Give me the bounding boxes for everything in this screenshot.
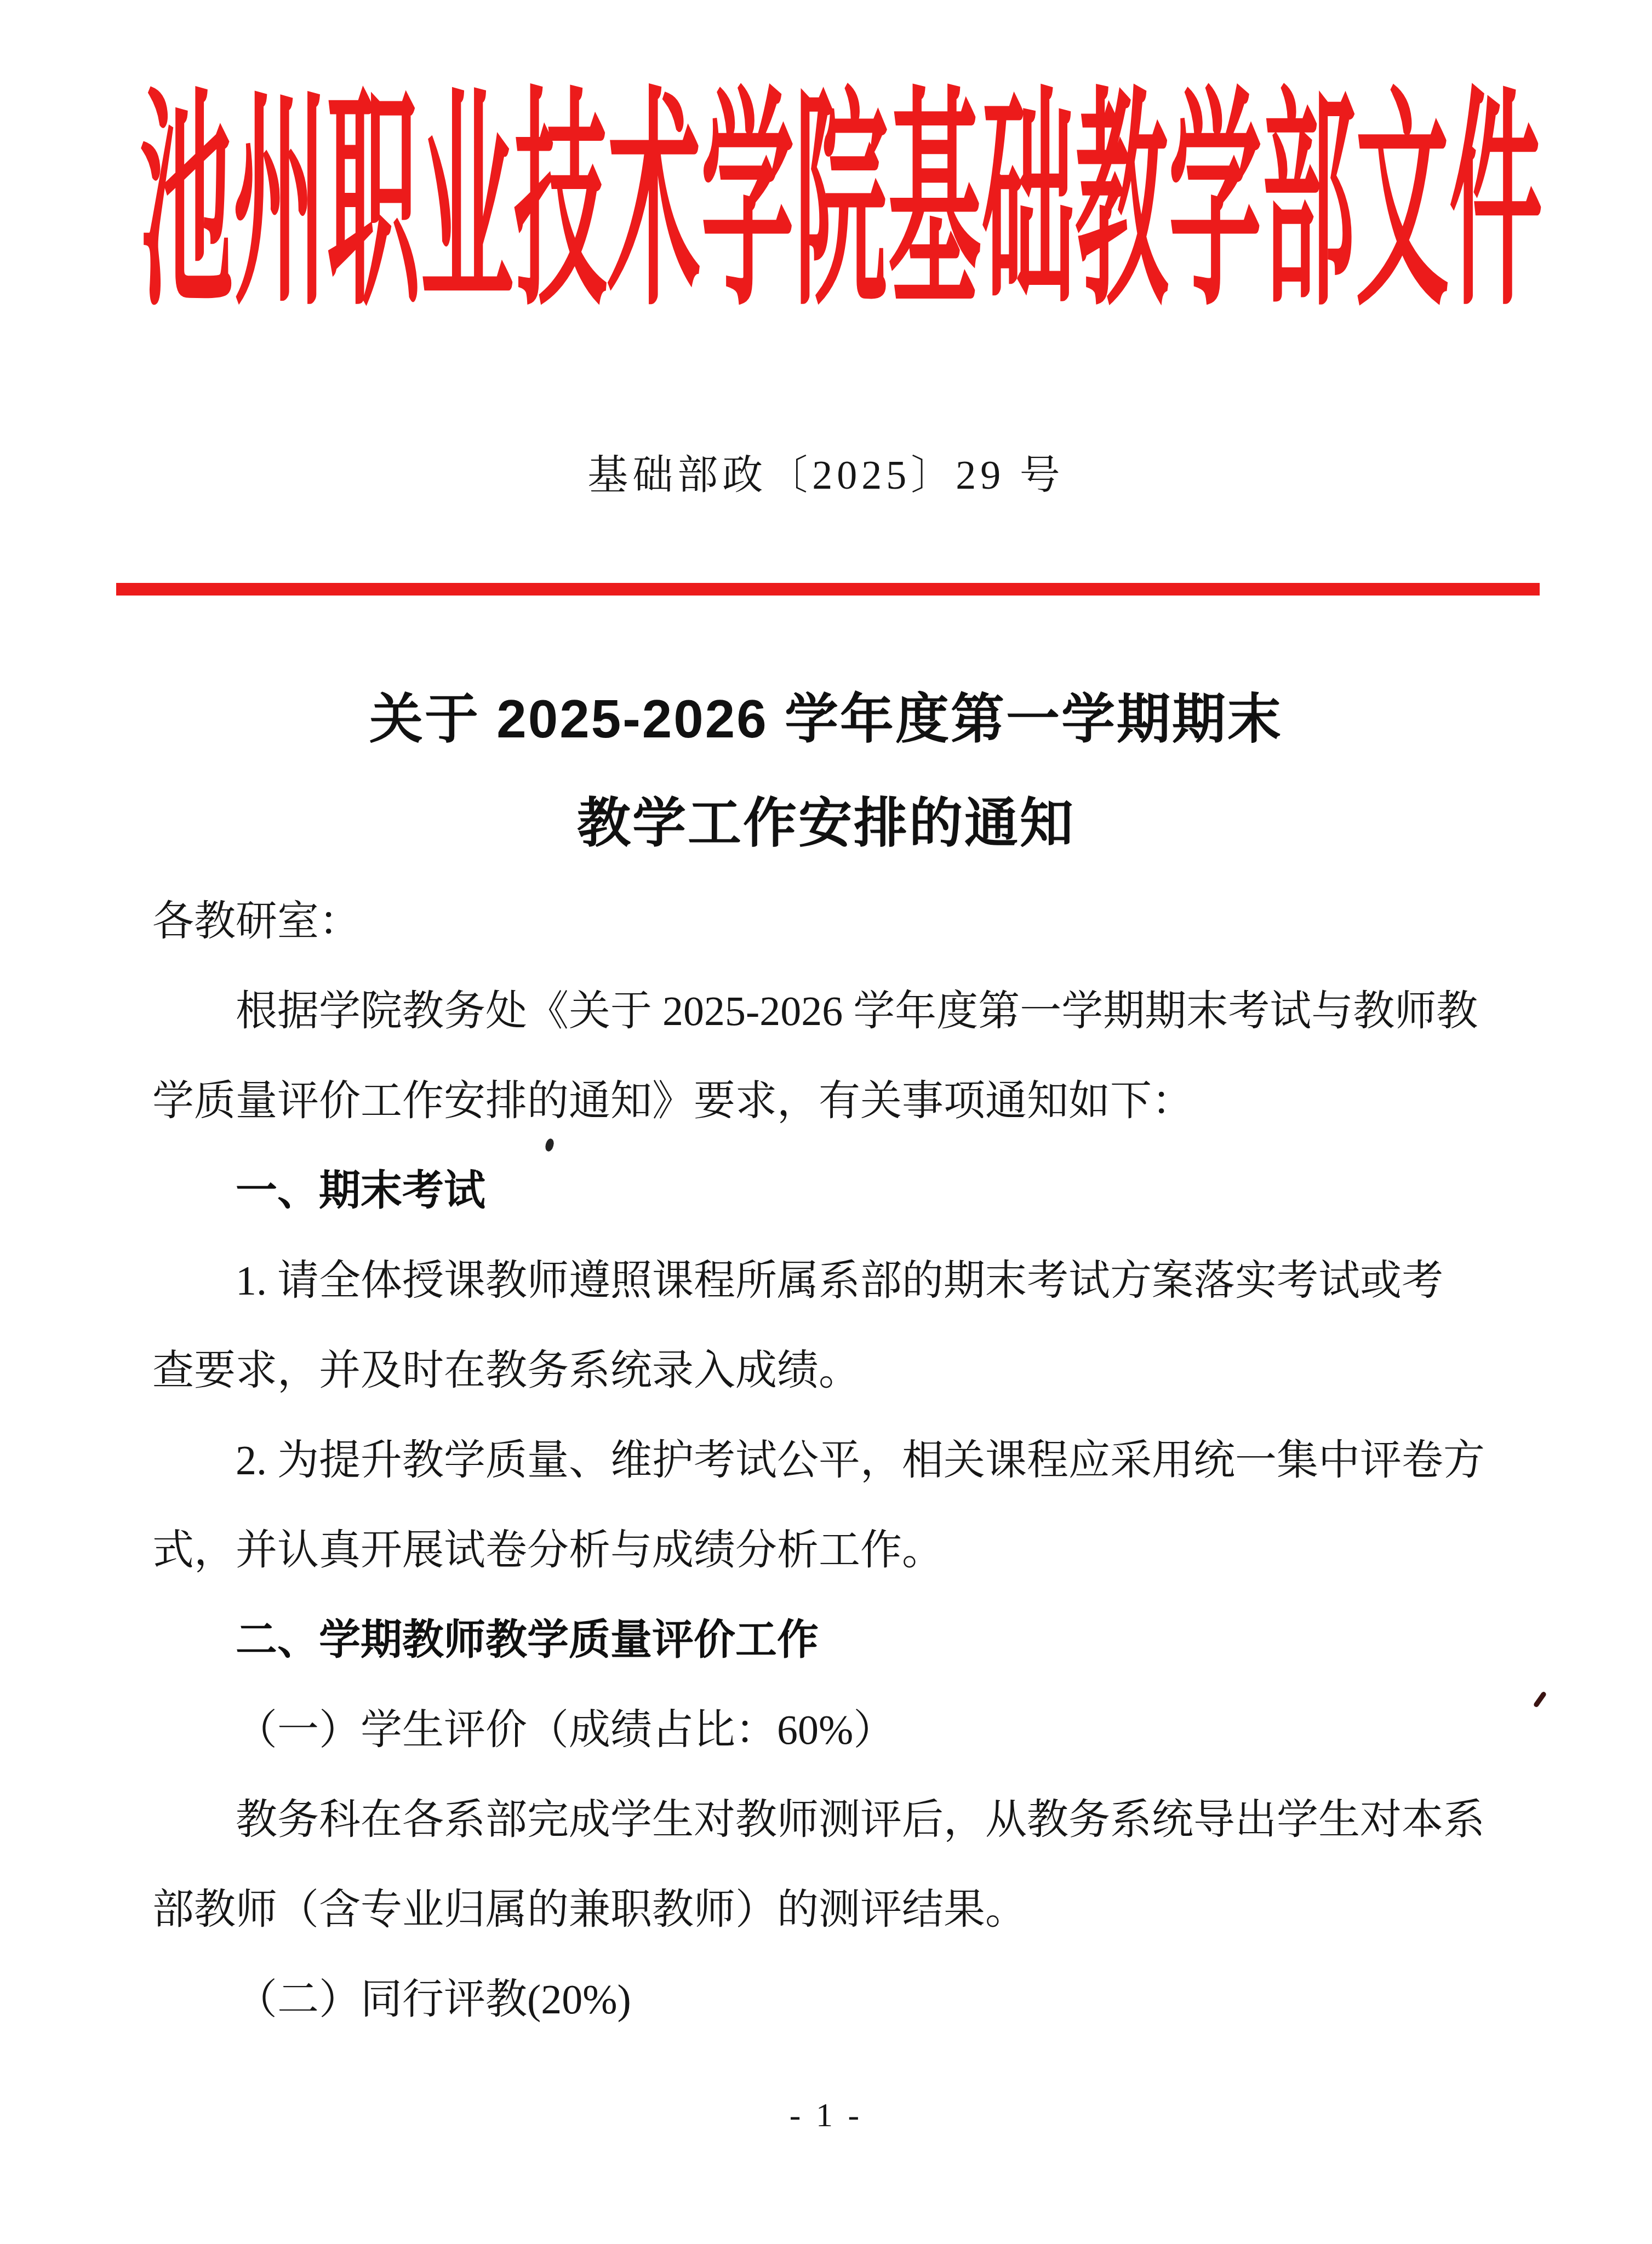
letterhead-character: 部: [1262, 87, 1355, 322]
letterhead-character: 件: [1449, 87, 1542, 322]
body-line: 学质量评价工作安排的通知》要求，有关事项通知如下：: [152, 1056, 1528, 1146]
body-line: 根据学院教务处《关于 2025-2026 学年度第一学期期末考试与教师教: [152, 966, 1528, 1056]
letterhead-character: 术: [608, 87, 701, 322]
red-letterhead-title: 池州职业技术学院基础教学部文件: [140, 87, 1542, 328]
letterhead-character: 础: [981, 87, 1074, 322]
letterhead-character: 学: [701, 87, 794, 322]
page-number: - 1 -: [0, 2096, 1652, 2135]
body-section-heading: 二、学期教师教学质量评价工作: [152, 1595, 1528, 1685]
body-line: 式，并认真开展试卷分析与成绩分析工作。: [152, 1505, 1528, 1595]
notice-title-line2: 教学工作安排的通知: [0, 771, 1652, 875]
document-page: 池州职业技术学院基础教学部文件 基础部政〔2025〕29 号 关于 2025-2…: [0, 0, 1652, 2244]
scan-artifact-tick: [1533, 1691, 1547, 1708]
body-line: 查要求，并及时在教务系统录入成绩。: [152, 1326, 1528, 1416]
body-line: 各教研室：: [152, 877, 1528, 966]
notice-title-line1: 关于 2025-2026 学年度第一学期期末: [0, 667, 1652, 771]
red-divider-line: [116, 583, 1540, 596]
letterhead-character: 院: [794, 87, 888, 322]
body-line: 2. 为提升教学质量、维护考试公平，相关课程应采用统一集中评卷方: [152, 1416, 1528, 1505]
body-section-heading: 一、期末考试: [152, 1146, 1528, 1236]
document-body: 各教研室：根据学院教务处《关于 2025-2026 学年度第一学期期末考试与教师…: [152, 877, 1528, 2045]
letterhead-character: 学: [1169, 87, 1262, 322]
body-line: 1. 请全体授课教师遵照课程所属系部的期末考试方案落实考试或考: [152, 1236, 1528, 1326]
letterhead-character: 池: [140, 87, 233, 322]
letterhead-character: 基: [888, 87, 981, 322]
letterhead-character: 文: [1356, 87, 1449, 322]
document-number: 基础部政〔2025〕29 号: [0, 449, 1652, 502]
body-line: （一）学生评价（成绩占比：60%）: [152, 1685, 1528, 1775]
letterhead-character: 技: [514, 87, 607, 322]
letterhead-character: 职: [327, 87, 420, 322]
letterhead-character: 业: [420, 87, 513, 322]
body-line: 教务科在各系部完成学生对教师测评后，从教务系统导出学生对本系: [152, 1775, 1528, 1865]
letterhead-character: 教: [1075, 87, 1168, 322]
notice-title: 关于 2025-2026 学年度第一学期期末 教学工作安排的通知: [0, 667, 1652, 875]
body-line: 部教师（含专业归属的兼职教师）的测评结果。: [152, 1865, 1528, 1955]
letterhead-character: 州: [233, 87, 327, 322]
body-line: （二）同行评教(20%): [152, 1955, 1528, 2045]
